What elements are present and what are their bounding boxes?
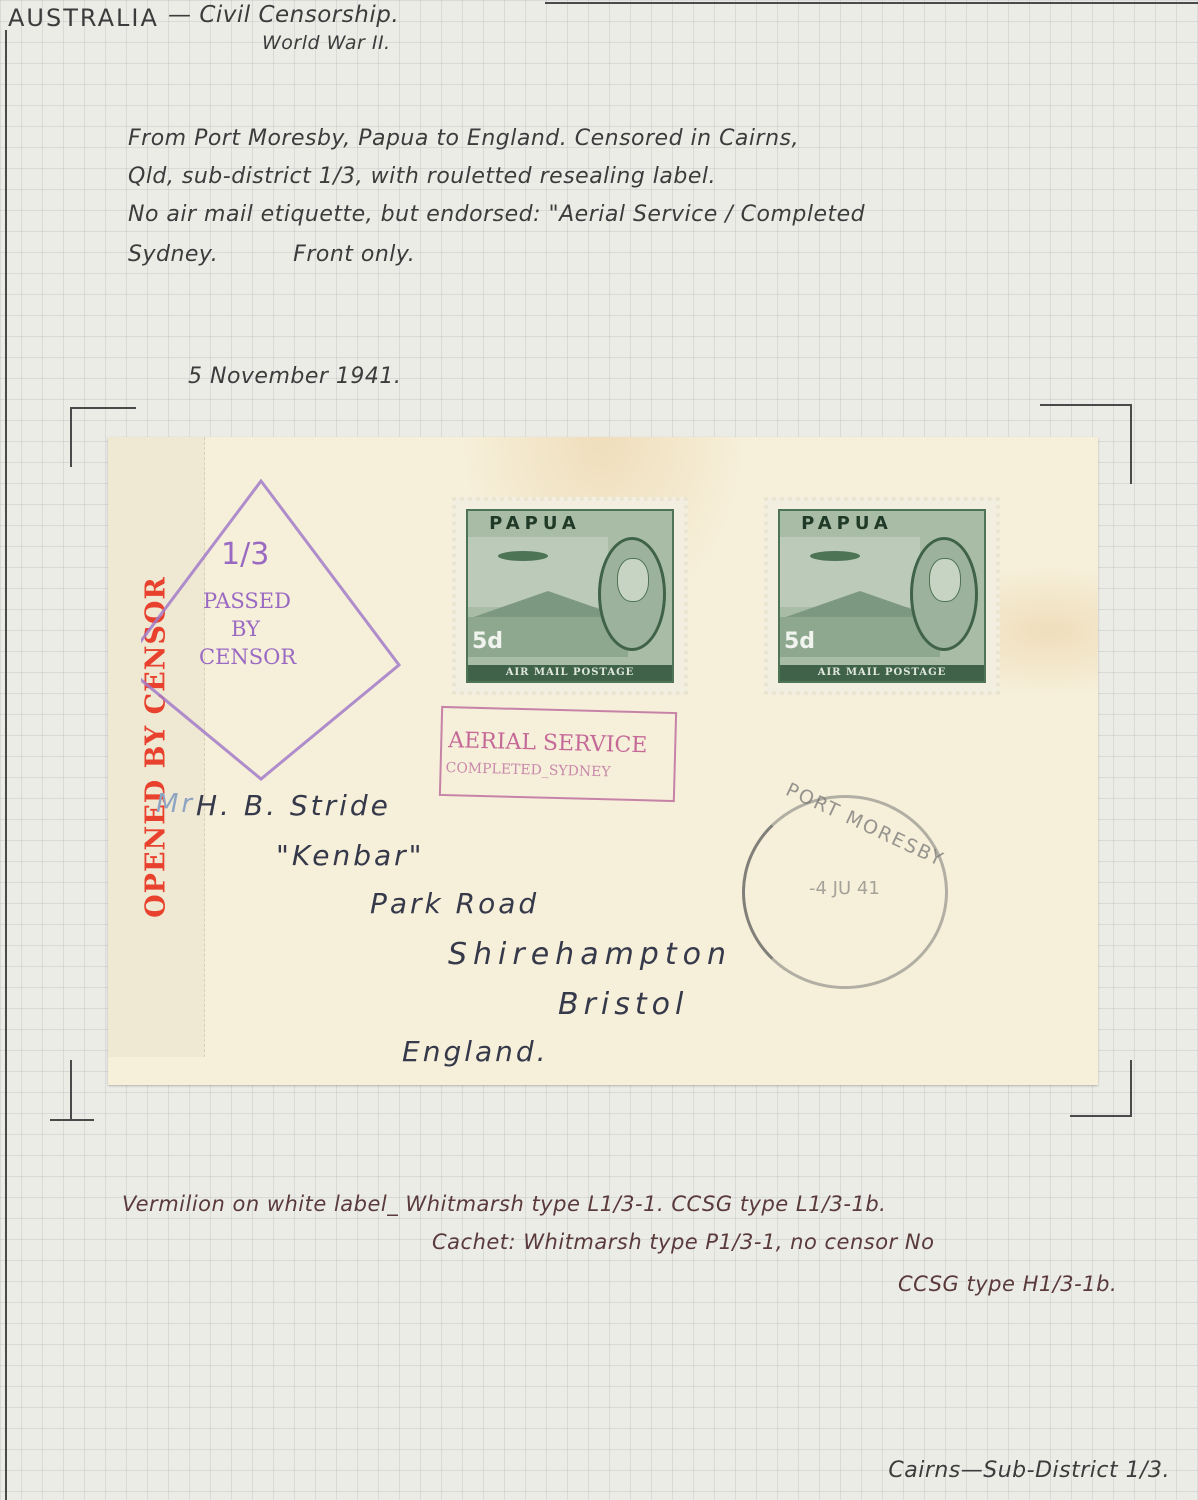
mount-corner-br-h (1070, 1115, 1132, 1117)
mount-corner-tl-v (70, 407, 72, 467)
description-line-4: Sydney. Front only. (128, 242, 415, 267)
censor-cachet-line-1: PASSED (203, 589, 291, 613)
stamp-country: PAPUA (780, 513, 914, 534)
page-title-subject: — Civil Censorship. (168, 2, 399, 28)
aerial-cachet-line-1: AERIAL SERVICE (448, 728, 648, 758)
censor-cachet-line-2: BY (231, 617, 260, 641)
address-title: Mr (156, 789, 195, 819)
mount-corner-bl-v (70, 1060, 72, 1120)
king-portrait-icon (598, 537, 666, 651)
mount-corner-tr-h (1040, 404, 1132, 406)
postage-stamp: PAPUA 5d AIR MAIL POSTAGE (452, 497, 688, 695)
address-country: England. (402, 1035, 549, 1068)
address-town: Shirehampton (448, 937, 732, 972)
stamp-country: PAPUA (468, 513, 602, 534)
king-portrait-icon (910, 537, 978, 651)
stamp-value: 5d (472, 629, 503, 654)
note-cachet-type: Cachet: Whitmarsh type P1/3-1, no censor… (432, 1230, 934, 1254)
description-line-1: From Port Moresby, Papua to England. Cen… (128, 126, 799, 151)
address-name: H. B. Stride (196, 789, 391, 822)
top-margin-rule (545, 2, 1198, 4)
aerial-cachet-line-2: COMPLETED_SYDNEY (445, 760, 610, 780)
postmark-date: -4 JU 41 (809, 878, 880, 899)
address-house: "Kenbar" (276, 839, 425, 872)
stamp-caption: AIR MAIL POSTAGE (468, 665, 672, 681)
page-title-country: AUSTRALIA (8, 4, 159, 32)
page-footer: Cairns—Sub-District 1/3. (888, 1458, 1170, 1483)
left-margin-rule (5, 30, 7, 1500)
mount-corner-tl-h (70, 407, 136, 409)
cover-envelope: OPENED BY CENSOR 1/3 PASSED BY CENSOR PA… (108, 437, 1098, 1085)
censor-cachet-line-3: CENSOR (199, 645, 296, 669)
note-label-type: Vermilion on white label_ Whitmarsh type… (122, 1192, 886, 1216)
stamp-caption: AIR MAIL POSTAGE (780, 665, 984, 681)
postmark-place: PORT MORESBY (782, 779, 947, 872)
mount-corner-bl-h (50, 1119, 94, 1121)
description-line-2: Qld, sub-district 1/3, with rouletted re… (128, 164, 716, 189)
mount-corner-tr-v (1130, 404, 1132, 484)
postage-stamp: PAPUA 5d AIR MAIL POSTAGE (764, 497, 1000, 695)
censor-cachet-number: 1/3 (221, 537, 269, 572)
mount-corner-br-v (1130, 1060, 1132, 1116)
description-line-3: No air mail etiquette, but endorsed: "Ae… (128, 202, 865, 227)
postmark: PORT MORESBY -4 JU 41 (742, 795, 948, 989)
airplane-icon (498, 551, 548, 561)
stamp-value: 5d (784, 629, 815, 654)
page-title-period: World War II. (262, 32, 391, 54)
airplane-icon (810, 551, 860, 561)
note-ccsg-type: CCSG type H1/3-1b. (898, 1272, 1117, 1296)
address-city: Bristol (558, 987, 688, 1022)
censor-diamond-cachet: 1/3 PASSED BY CENSOR (141, 479, 371, 789)
cover-date: 5 November 1941. (188, 364, 401, 389)
title-subject-text: Civil Censorship. (199, 2, 399, 28)
title-dash: — (168, 2, 192, 28)
aerial-service-cachet: AERIAL SERVICE COMPLETED_SYDNEY (439, 706, 677, 802)
address-road: Park Road (370, 887, 539, 920)
